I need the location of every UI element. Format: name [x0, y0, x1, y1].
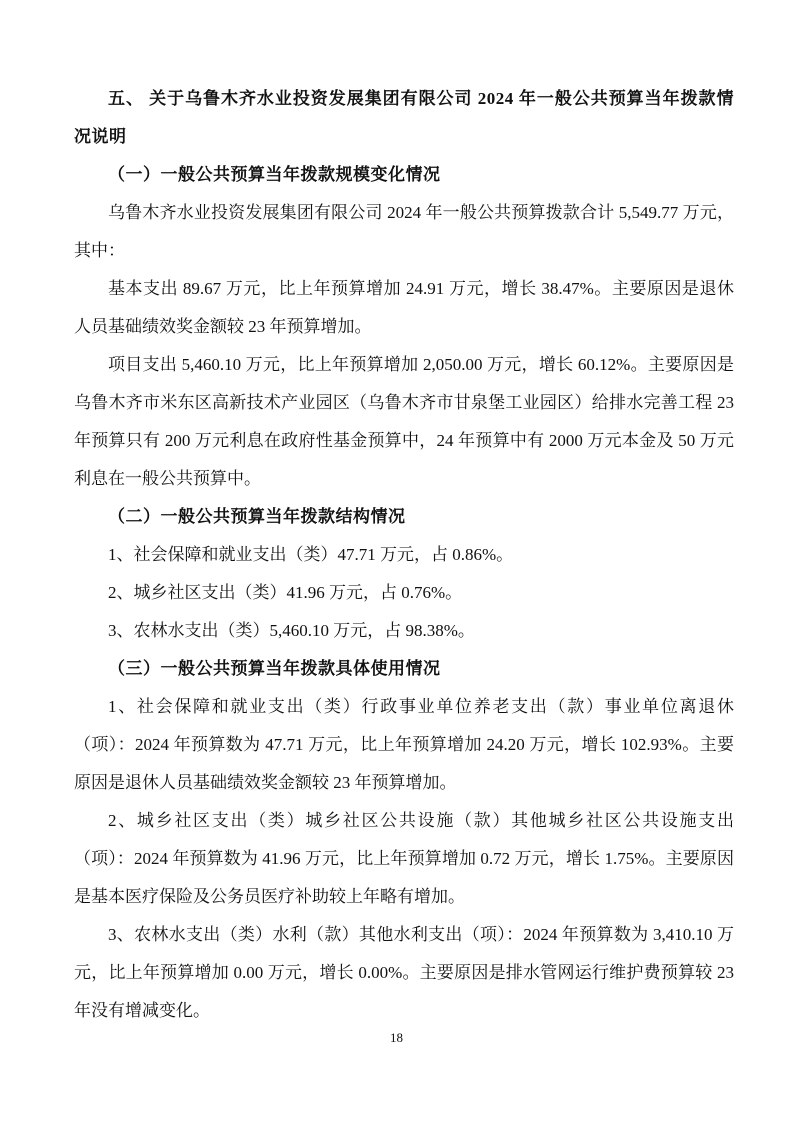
subsection-heading-1: （一）一般公共预算当年拨款规模变化情况 [74, 156, 734, 194]
list-item-usage-3: 3、农林水支出（类）水利（款）其他水利支出（项）：2024 年预算数为 3,41… [74, 916, 734, 1030]
paragraph-basic-expenditure: 基本支出 89.67 万元，比上年预算增加 24.91 万元，增长 38.47%… [74, 270, 734, 346]
document-page: 五、 关于乌鲁木齐水业投资发展集团有限公司 2024 年一般公共预算当年拨款情况… [0, 0, 793, 1122]
list-item-structure-1: 1、社会保障和就业支出（类）47.71 万元，占 0.86%。 [74, 536, 734, 574]
page-number: 18 [0, 1028, 793, 1048]
section-title: 五、 关于乌鲁木齐水业投资发展集团有限公司 2024 年一般公共预算当年拨款情况… [74, 80, 734, 156]
list-item-usage-1: 1、社会保障和就业支出（类）行政事业单位养老支出（款）事业单位离退休（项）：20… [74, 688, 734, 802]
paragraph-project-expenditure: 项目支出 5,460.10 万元，比上年预算增加 2,050.00 万元，增长 … [74, 346, 734, 498]
subsection-heading-2: （二）一般公共预算当年拨款结构情况 [74, 498, 734, 536]
list-item-structure-2: 2、城乡社区支出（类）41.96 万元，占 0.76%。 [74, 574, 734, 612]
document-body: 五、 关于乌鲁木齐水业投资发展集团有限公司 2024 年一般公共预算当年拨款情况… [74, 80, 734, 1030]
subsection-heading-3: （三）一般公共预算当年拨款具体使用情况 [74, 650, 734, 688]
list-item-usage-2: 2、城乡社区支出（类）城乡社区公共设施（款）其他城乡社区公共设施支出（项）：20… [74, 802, 734, 916]
paragraph-budget-total: 乌鲁木齐水业投资发展集团有限公司 2024 年一般公共预算拨款合计 5,549.… [74, 194, 734, 270]
list-item-structure-3: 3、农林水支出（类）5,460.10 万元，占 98.38%。 [74, 612, 734, 650]
